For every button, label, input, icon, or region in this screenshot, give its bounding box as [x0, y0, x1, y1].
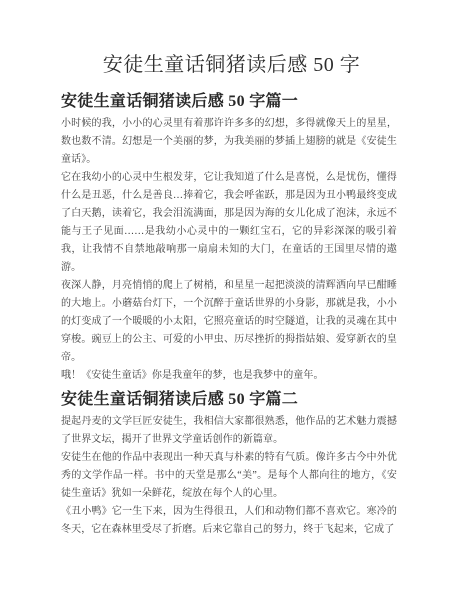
section-one-paragraph-4: 哦！《安徒生童话》你是我童年的梦，也是我梦中的童年。: [61, 367, 397, 385]
section-one-paragraph-2: 它在我幼小的心灵中生根发芽，它让我知道了什么是喜悦，么是忧伤，懂得什么是丑恶，什…: [61, 169, 397, 277]
section-two-heading: 安徒生童话铜猪读后感 50 字篇二: [61, 389, 397, 411]
section-two: 安徒生童话铜猪读后感 50 字篇二 提起丹麦的文学巨匠安徒生，我相信大家都很熟悉…: [61, 389, 397, 539]
section-one-paragraph-1: 小时候的我，小小的心灵里有着那许许多多的幻想，多得就像天上的星星，数也数不清。幻…: [61, 115, 397, 169]
section-two-paragraph-3: 《丑小鸭》它一生下来，因为生得很丑，人们和动物们都不喜欢它。寒冷的冬天，它在森林…: [61, 503, 397, 539]
document-page: 安徒生童话铜猪读后感 50 字 安徒生童话铜猪读后感 50 字篇一 小时候的我，…: [0, 0, 463, 600]
section-one-heading: 安徒生童话铜猪读后感 50 字篇一: [61, 91, 397, 113]
section-one: 安徒生童话铜猪读后感 50 字篇一 小时候的我，小小的心灵里有着那许许多多的幻想…: [61, 91, 397, 385]
section-one-paragraph-3: 夜深人静，月亮悄悄的爬上了树梢，和星星一起把淡淡的清辉洒向早已酣睡的大地上。小蘑…: [61, 277, 397, 367]
document-content: 安徒生童话铜猪读后感 50 字篇一 小时候的我，小小的心灵里有着那许许多多的幻想…: [61, 91, 397, 539]
section-two-paragraph-1: 提起丹麦的文学巨匠安徒生，我相信大家都很熟悉，他作品的艺术魅力震撼了世界文坛，揭…: [61, 413, 397, 449]
section-one-body: 小时候的我，小小的心灵里有着那许许多多的幻想，多得就像天上的星星，数也数不清。幻…: [61, 115, 397, 385]
section-two-paragraph-2: 安徒生在他的作品中表现出一种天真与朴素的特有气质。像许多古今中外优秀的文学作品一…: [61, 449, 397, 503]
document-title: 安徒生童话铜猪读后感 50 字: [0, 52, 463, 78]
section-two-body: 提起丹麦的文学巨匠安徒生，我相信大家都很熟悉，他作品的艺术魅力震撼了世界文坛，揭…: [61, 413, 397, 539]
